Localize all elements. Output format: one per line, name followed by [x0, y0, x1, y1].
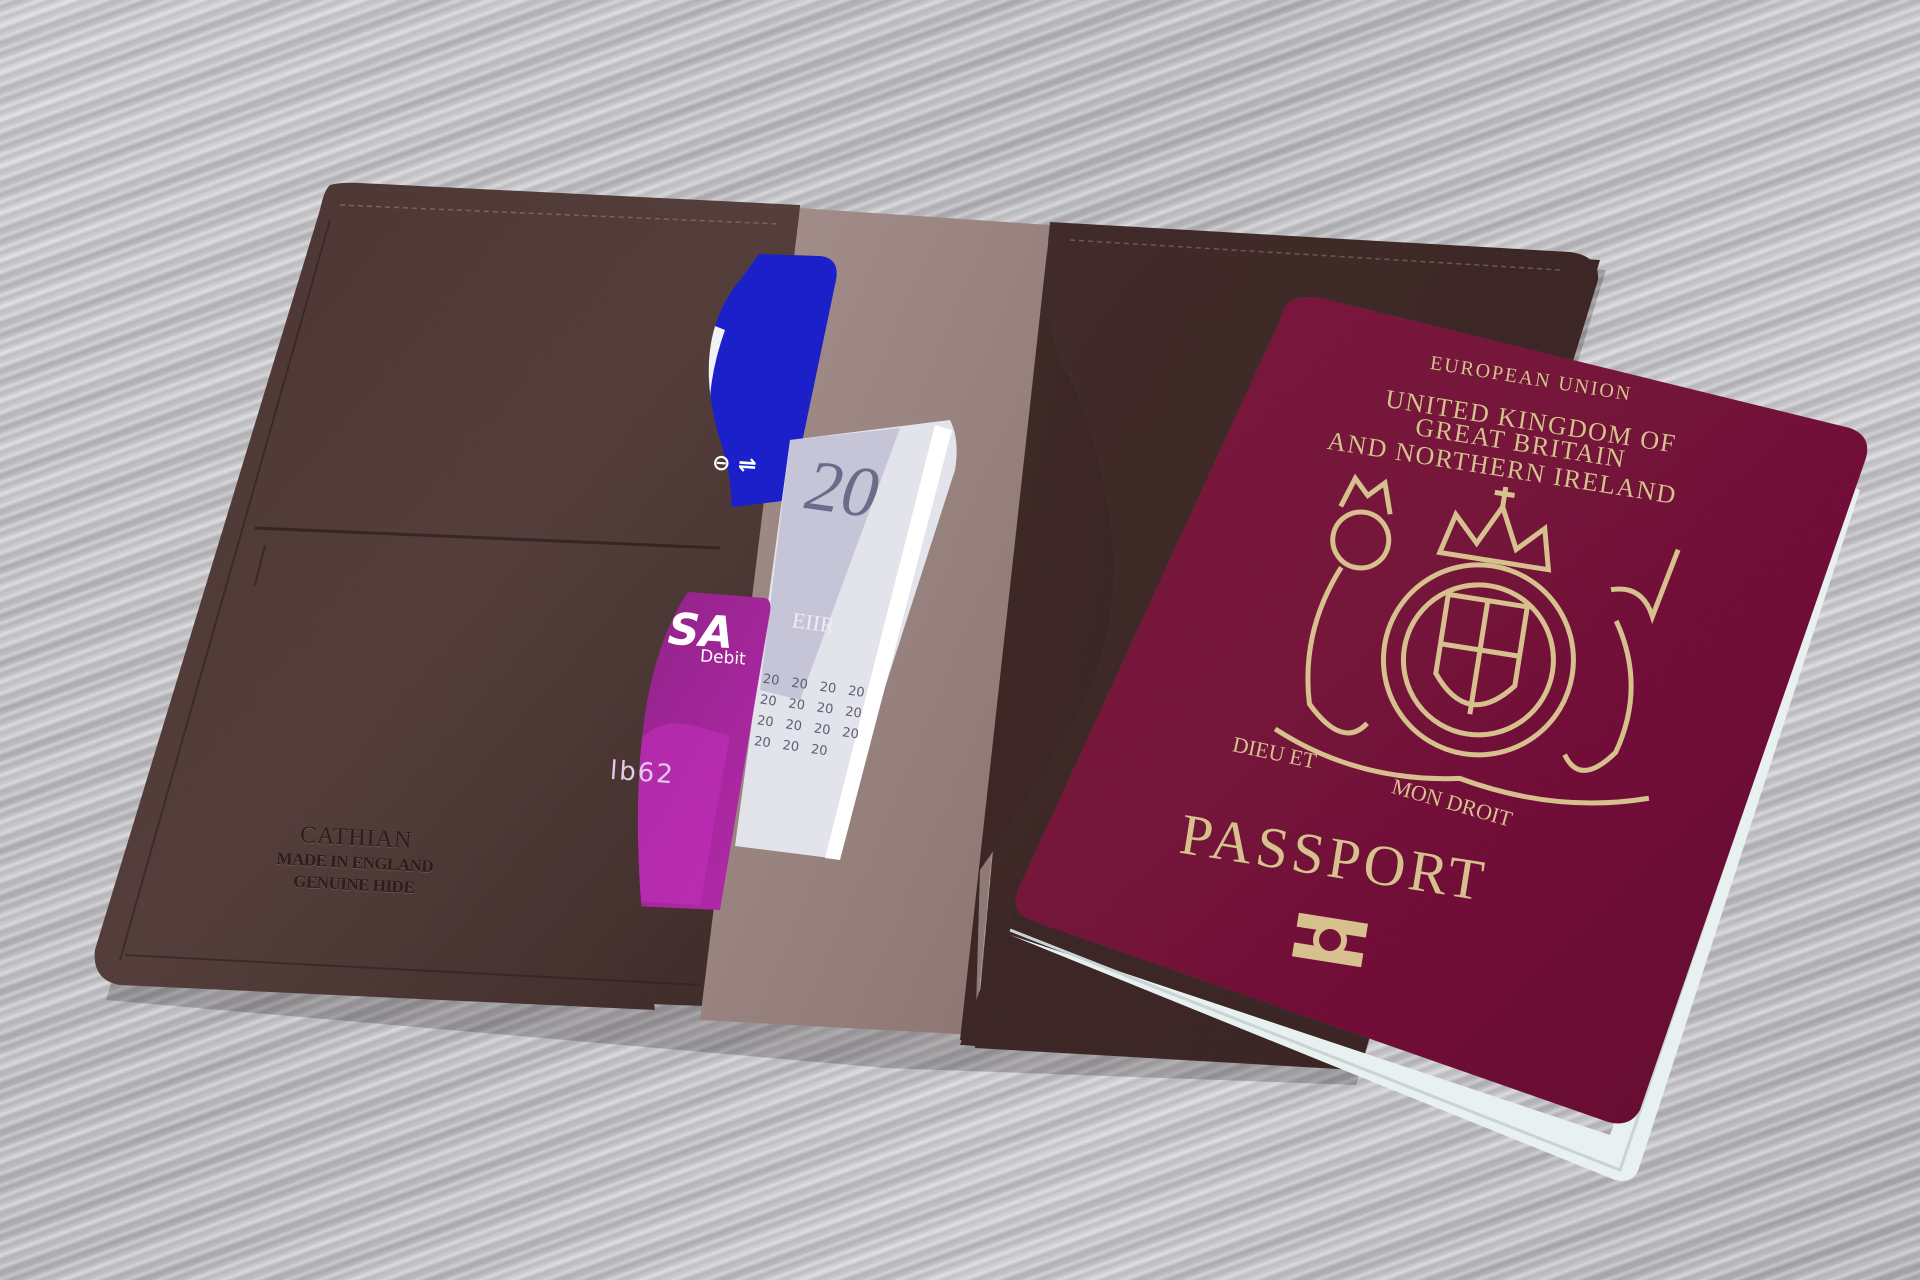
card-type: Debit [699, 646, 746, 669]
wallet-scene [0, 0, 1920, 1280]
banknote-microtext: 20 20 20 20 20 20 20 20 20 20 20 20 20 2… [753, 669, 874, 767]
wallet-emboss: CATHIAN MADE IN ENGLAND GENUINE HIDE [238, 819, 471, 902]
card-number-fragment: lb62 [609, 756, 676, 790]
banknote-denomination: 20 [801, 443, 884, 535]
national-rail-icon: ⊖ ⇌ [711, 450, 757, 478]
